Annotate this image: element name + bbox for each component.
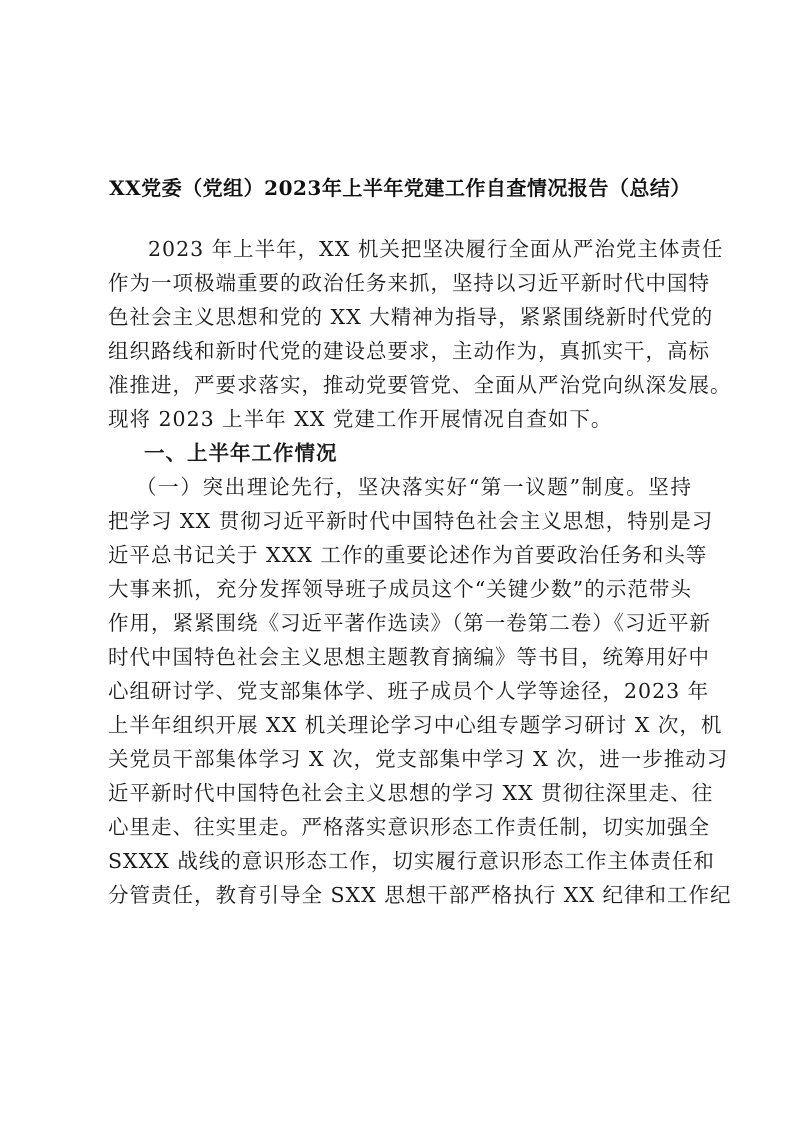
- paragraph-line: 分管责任，教育引导全 SXX 思想干部严格执行 XX 纪律和工作纪: [108, 878, 692, 912]
- document-title: XX党委（党组）2023年上半年党建工作自查情况报告（总结）: [100, 172, 700, 201]
- paragraph-line: 作用，紧紧围绕《习近平著作选读》（第一卷第二卷）《习近平新: [108, 606, 692, 640]
- paragraph-line: 准推进，严要求落实，推动党要管党、全面从严治党向纵深发展。: [108, 368, 692, 402]
- paragraph-line: 作为一项极端重要的政治任务来抓，坚持以习近平新时代中国特: [108, 266, 692, 300]
- paragraph-line: 近平总书记关于 XXX 工作的重要论述作为首要政治任务和头等: [108, 538, 692, 572]
- section-heading: 一、上半年工作情况: [108, 436, 692, 470]
- paragraph-line: 关党员干部集体学习 X 次，党支部集中学习 X 次，进一步推动习: [108, 742, 692, 776]
- paragraph-line: 上半年组织开展 XX 机关理论学习中心组专题学习研讨 X 次，机: [108, 708, 692, 742]
- paragraph-line: 大事来抓，充分发挥领导班子成员这个“关键少数”的示范带头: [108, 572, 692, 606]
- paragraph-line: 时代中国特色社会主义思想主题教育摘编》等书目，统筹用好中: [108, 640, 692, 674]
- document-body: 2023 年上半年，XX 机关把坚决履行全面从严治党主体责任 作为一项极端重要的…: [108, 232, 692, 912]
- paragraph-line: 色社会主义思想和党的 XX 大精神为指导，紧紧围绕新时代党的: [108, 300, 692, 334]
- paragraph-line: 把学习 XX 贯彻习近平新时代中国特色社会主义思想，特别是习: [108, 504, 692, 538]
- paragraph-line: 组织路线和新时代党的建设总要求，主动作为，真抓实干，高标: [108, 334, 692, 368]
- document-page: XX党委（党组）2023年上半年党建工作自查情况报告（总结） 2023 年上半年…: [0, 0, 793, 1122]
- paragraph-line: 心里走、往实里走。严格落实意识形态工作责任制，切实加强全: [108, 810, 692, 844]
- paragraph-line: 近平新时代中国特色社会主义思想的学习 XX 贯彻往深里走、往: [108, 776, 692, 810]
- paragraph-line: 心组研讨学、党支部集体学、班子成员个人学等途径，2023 年: [108, 674, 692, 708]
- paragraph-line: 2023 年上半年，XX 机关把坚决履行全面从严治党主体责任: [108, 232, 692, 266]
- paragraph-line: SXXX 战线的意识形态工作，切实履行意识形态工作主体责任和: [108, 844, 692, 878]
- paragraph-line: （一）突出理论先行，坚决落实好“第一议题”制度。坚持: [108, 470, 692, 504]
- paragraph-line: 现将 2023 上半年 XX 党建工作开展情况自查如下。: [108, 402, 692, 436]
